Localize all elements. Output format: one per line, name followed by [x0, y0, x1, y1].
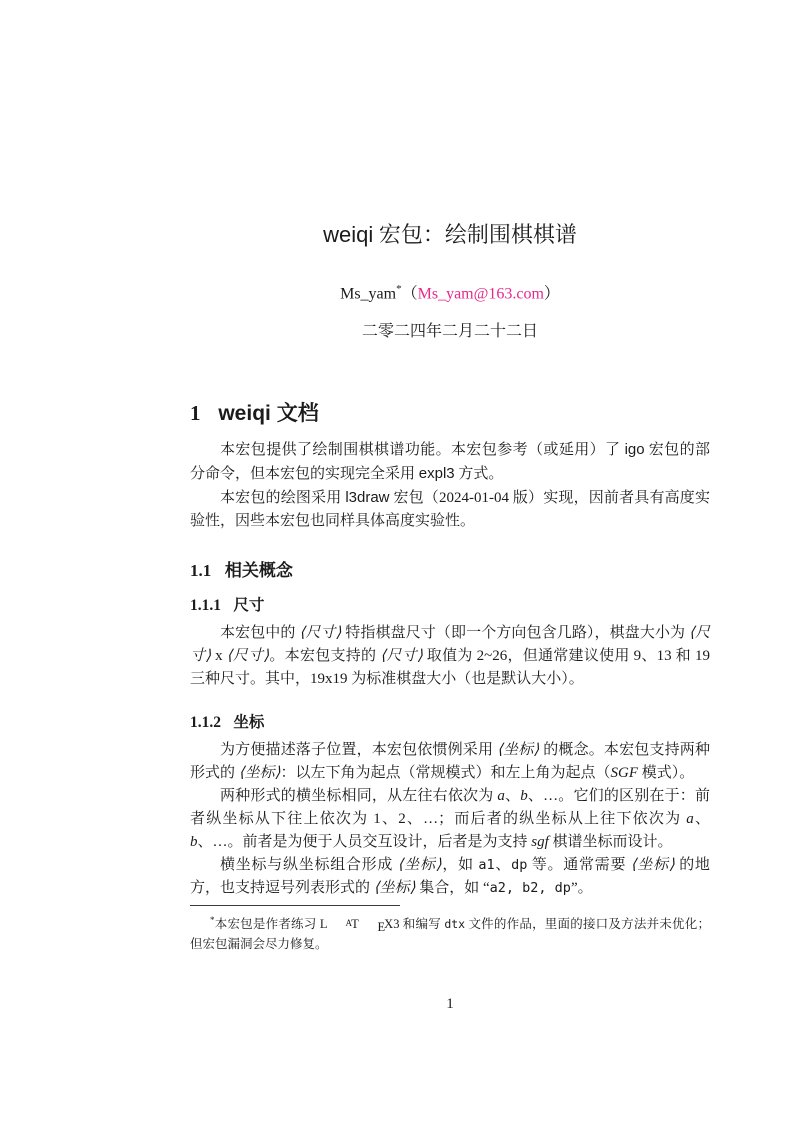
text-run: 横坐标与纵坐标组合形成 — [220, 857, 398, 873]
code-a1: a1 — [478, 857, 494, 873]
pkg-name-igo: igo — [625, 441, 645, 458]
text-run: 本宏包是作者练习 — [215, 917, 320, 931]
footnote-text: *本宏包是作者练习 LATEX3 和编写 dtx 文件的作品，里面的接口及方法并… — [190, 912, 710, 953]
doc-title: weiqi 宏包：绘制围棋棋谱 — [190, 222, 710, 248]
paragraph-coord-2: 两种形式的横坐标相同，从左往右依次为 a、b、…。它们的区别在于：前者纵坐标从下… — [190, 785, 710, 854]
text-run: 和编写 — [399, 917, 444, 931]
section-number: 1 — [190, 401, 201, 425]
page-number: 1 — [190, 995, 710, 1013]
text-run: 、 — [505, 788, 520, 804]
meta-var-coord: ⟨坐标⟩ — [374, 880, 416, 896]
code-coord-list: a2, b2, dp — [490, 880, 571, 896]
text-run: 方式。 — [455, 466, 504, 482]
subsubsection-title: 尺寸 — [233, 597, 264, 614]
meta-var-coord: ⟨坐标⟩ — [398, 857, 442, 873]
section-title-cjk: 文档 — [271, 402, 319, 425]
text-run: 本宏包提供了绘制围棋棋谱功能。本宏包参考（或延用）了 — [220, 442, 625, 458]
latex3-logo: LATEX3 — [320, 917, 400, 931]
math-var-b: b — [190, 834, 198, 850]
code-dtx: dtx — [444, 917, 465, 931]
text-block: weiqi 宏包：绘制围棋棋谱 Ms_yam*（Ms_yam@163.com） … — [190, 0, 710, 953]
text-run: 。本宏包支持的 — [269, 648, 380, 664]
pkg-name-expl3: expl3 — [419, 465, 455, 482]
meta-var-coord: ⟨坐标⟩ — [497, 742, 539, 758]
text-run: 棋谱坐标而设计。 — [549, 834, 673, 850]
term-sgf: SGF — [611, 765, 639, 781]
math-var-a: a — [497, 788, 505, 804]
meta-var-size: ⟨尺寸⟩ — [380, 648, 423, 664]
meta-var-size: ⟨尺寸⟩ — [227, 648, 270, 664]
footnote-block: *本宏包是作者练习 LATEX3 和编写 dtx 文件的作品，里面的接口及方法并… — [190, 905, 710, 953]
subsubsection-number: 1.1.2 — [190, 714, 221, 731]
math-var-b: b — [520, 788, 528, 804]
text-run: 两种形式的横坐标相同，从左往右依次为 — [220, 788, 497, 804]
text-run: 为方便描述落子位置，本宏包依惯例采用 — [220, 742, 497, 758]
pkg-name-l3draw: l3draw — [345, 489, 389, 506]
math-var-a: a — [686, 811, 694, 827]
meta-var-coord: ⟨坐标⟩ — [631, 857, 675, 873]
text-run: 、 — [694, 811, 710, 827]
paragraph-size: 本宏包中的 ⟨尺寸⟩ 特指棋盘尺寸（即一个方向包含几路），棋盘大小为 ⟨尺寸⟩ … — [190, 622, 710, 691]
paragraph-intro-2: 本宏包的绘图采用 l3draw 宏包（2024-01-04 版）实现，因前者具有… — [190, 486, 710, 533]
document-page: weiqi 宏包：绘制围棋棋谱 Ms_yam*（Ms_yam@163.com） … — [0, 0, 800, 1132]
paren-open: （ — [402, 285, 418, 302]
author-name: Ms_yam — [340, 285, 396, 302]
subsection-number: 1.1 — [190, 561, 211, 580]
section-title-latin: weiqi — [218, 402, 271, 425]
text-run: ，如 — [442, 857, 479, 873]
text-run: 模式）。 — [638, 765, 694, 781]
section-heading-1: 1weiqi 文档 — [190, 400, 710, 427]
doc-title-cjk: 宏包：绘制围棋棋谱 — [373, 222, 577, 247]
text-run: ”。 — [571, 880, 593, 896]
author-line: Ms_yam*（Ms_yam@163.com） — [190, 279, 710, 304]
paragraph-coord-3: 横坐标与纵坐标组合形成 ⟨坐标⟩，如 a1、dp 等。通常需要 ⟨坐标⟩ 的地方… — [190, 854, 710, 900]
subsection-heading-1-1: 1.1相关概念 — [190, 561, 710, 580]
doc-title-latin: weiqi — [323, 222, 373, 247]
text-run: 、 — [495, 857, 511, 873]
meta-var-size: ⟨尺寸⟩ — [299, 625, 341, 641]
text-run: 等。通常需要 — [527, 857, 630, 873]
text-run: 、…。前者是为便于人员交互设计，后者是为支持 — [198, 834, 532, 850]
text-run: ：以左下角为起点（常规模式）和左上角为起点（ — [280, 765, 610, 781]
subsection-title: 相关概念 — [225, 561, 293, 580]
paragraph-intro-1: 本宏包提供了绘制围棋棋谱功能。本宏包参考（或延用）了 igo 宏包的部分命令，但… — [190, 438, 710, 486]
paren-close: ） — [544, 285, 560, 302]
footnote-rule — [190, 905, 400, 906]
text-run: 本宏包中的 — [220, 625, 299, 641]
subsubsection-number: 1.1.1 — [190, 597, 221, 614]
subsubsection-title: 坐标 — [233, 714, 264, 731]
text-run: 特指棋盘尺寸（即一个方向包含几路），棋盘大小为 — [341, 625, 689, 641]
code-dp: dp — [511, 857, 527, 873]
meta-var-coord: ⟨坐标⟩ — [239, 765, 281, 781]
term-sgf-lower: sgf — [531, 834, 549, 850]
paragraph-coord-1: 为方便描述落子位置，本宏包依惯例采用 ⟨坐标⟩ 的概念。本宏包支持两种形式的 ⟨… — [190, 739, 710, 785]
subsubsection-heading-1-1-2: 1.1.2坐标 — [190, 714, 710, 731]
text-run: 本宏包的绘图采用 — [220, 490, 345, 506]
text-run: 集合，如 “ — [415, 880, 489, 896]
author-email-link[interactable]: Ms_yam@163.com — [418, 285, 544, 302]
subsubsection-heading-1-1-1: 1.1.1尺寸 — [190, 597, 710, 614]
doc-date: 二零二四年二月二十二日 — [190, 322, 710, 341]
text-run: x — [211, 648, 227, 664]
